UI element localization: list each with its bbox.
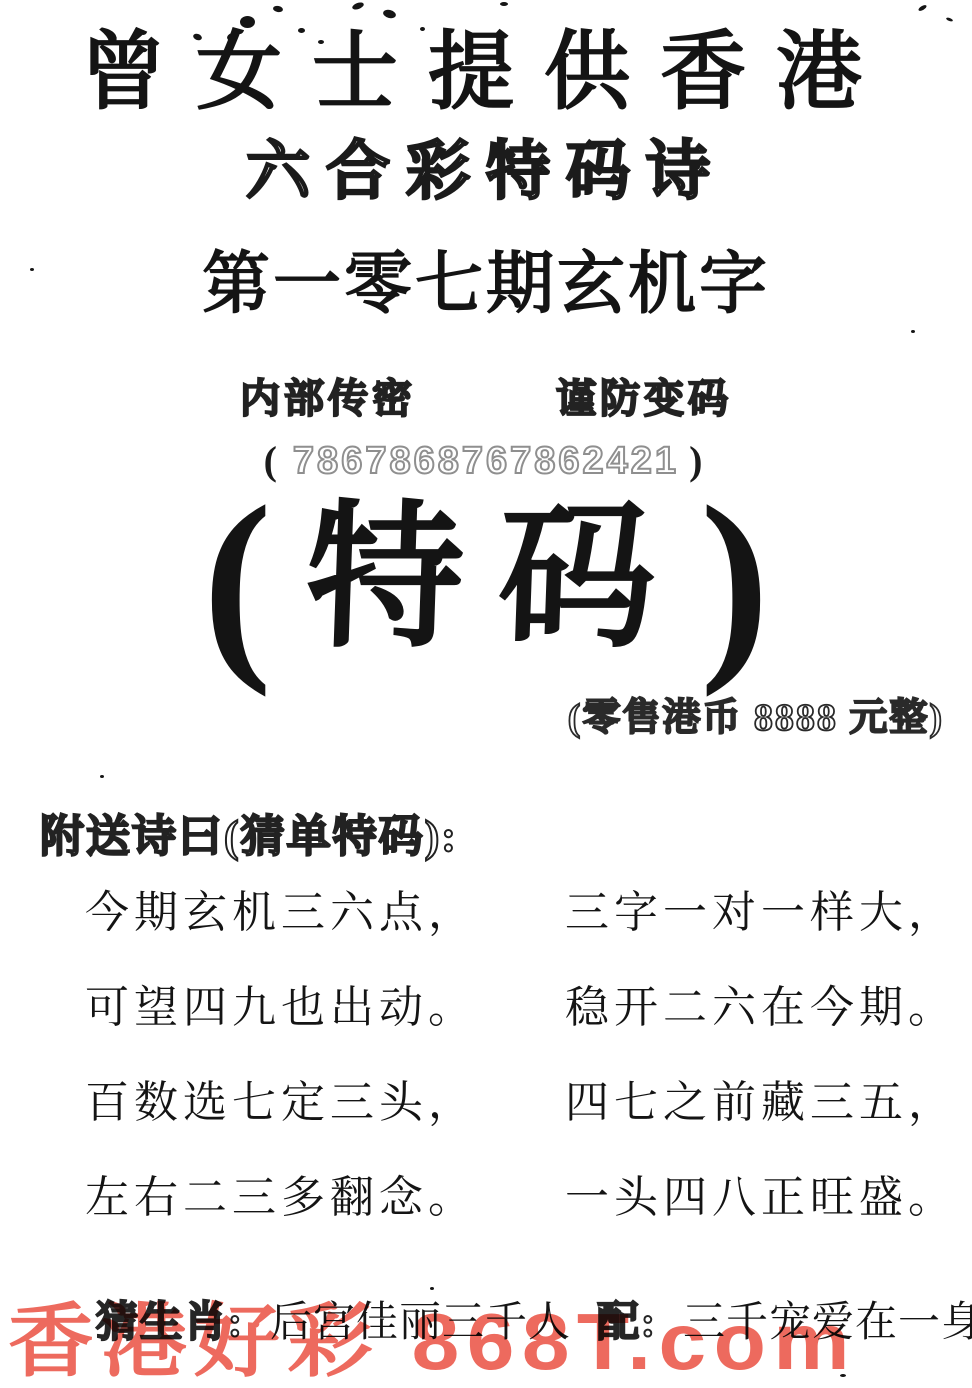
scanned-lottery-sheet: 曾女士提供香港 六合彩特码诗 第一零七期玄机字 内部传密 谨防变码 ( 7867… <box>0 0 972 1388</box>
poem-line: 今期玄机三六点， <box>85 882 485 977</box>
banner-paren-close: ) <box>700 478 769 682</box>
ink-speck <box>430 1287 434 1290</box>
ink-speck <box>100 775 104 778</box>
poem-line: 左右二三多翻念。 <box>85 1167 485 1262</box>
price-line: (零售港币 8888 元整) <box>568 688 944 748</box>
page-title: 曾女士提供香港 <box>0 16 972 128</box>
poem-line: 百数选七定三头， <box>85 1072 485 1167</box>
ink-speck <box>918 4 928 12</box>
banner-paren-open: ( <box>203 478 272 682</box>
ink-speck <box>273 5 284 13</box>
notice-internal-secret: 内部传密 <box>240 372 416 426</box>
page-subtitle: 六合彩特码诗 <box>0 130 972 214</box>
poem-column-right: 三字一对一样大， 稳开二六在今期。 四七之前藏三五， 一头四八正旺盛。 <box>565 882 965 1262</box>
notice-beware-code-change: 谨防变码 <box>556 372 732 426</box>
poem-line: 可望四九也出动。 <box>85 977 485 1072</box>
ink-speck <box>500 2 508 6</box>
issue-title: 第一零七期玄机字 <box>0 238 972 330</box>
poem-line: 一头四八正旺盛。 <box>565 1167 965 1262</box>
poem-line: 四七之前藏三五， <box>565 1072 965 1167</box>
notice-row: 内部传密 谨防变码 <box>0 372 972 426</box>
poem-intro: 附送诗曰(猜单特码): <box>40 806 458 868</box>
poem-line: 三字一对一样大， <box>565 882 965 977</box>
watermark: 香港好彩 868T.com <box>8 1300 857 1384</box>
ink-speck <box>351 1 364 11</box>
poem-line: 稳开二六在今期。 <box>565 977 965 1072</box>
special-code-text: 特码 <box>303 485 694 675</box>
ink-speck <box>911 330 915 333</box>
poem-column-left: 今期玄机三六点， 可望四九也出动。 百数选七定三头， 左右二三多翻念。 <box>85 882 485 1262</box>
special-code-banner: ( 特码 ) <box>0 470 972 690</box>
